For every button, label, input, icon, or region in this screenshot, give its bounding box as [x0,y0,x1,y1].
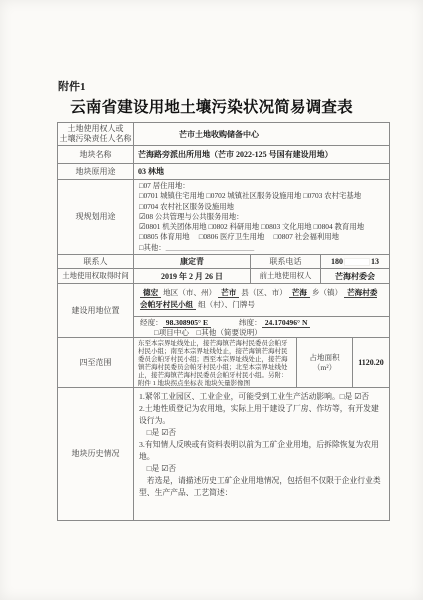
boundary-label-text: 四至范围 [80,358,112,368]
contact-label: 联系人 [58,255,134,269]
longitude-value: 98.308905° E [163,318,211,328]
prev-owner-label: 前土地使用权人 [251,269,321,284]
planned-use-line: □0704 农村社区服务设施用地 [139,202,384,212]
row-owner: 土地使用权人或 土壤污染责任人名称 芒市土地收购储备中心 [58,123,390,146]
area-label: 占地面积（m²） [303,353,346,372]
row-history: 地块历史情况 1.紧邻工业园区、工业企业，可能受到工业生产活动影响。□是 ☑否 … [58,388,390,521]
area-label-cell: 占地面积（m²） [297,338,353,388]
location-county: 芒市 [218,288,239,298]
planned-use-label: 现规划用途 [58,180,134,255]
location-region: 德宏 [140,288,161,298]
location-town-suffix: 乡（镇） [312,288,342,297]
location-county-suffix: 县（区、市） [241,288,287,297]
prev-owner-value-cell: 芒海村委会 [321,269,390,284]
history-content: 1.紧邻工业园区、工业企业，可能受到工业生产活动影响。□是 ☑否 2.土地性质登… [134,388,390,521]
location-label: 建设用地位置 [58,284,134,338]
planned-use-line: □07 居住用地： [139,181,384,191]
planned-use-options: □07 居住用地： □0701 城镇住宅用地 □0702 城镇社区服务设施用地 … [134,180,390,255]
owner-label-line1: 土地使用权人或 [68,124,124,134]
history-line: □是 ☑否 [139,463,384,475]
owner-label: 土地使用权人或 土壤污染责任人名称 [58,123,134,146]
longitude-label: 经度： [140,318,163,327]
area-value-cell: 1120.20 [353,338,390,388]
phone-suffix: 13 [371,257,379,266]
history-line: 1.紧邻工业园区、工业企业，可能受到工业生产活动影响。□是 ☑否 [139,391,384,403]
planned-use-line: □其他：＿＿＿＿＿＿＿＿＿＿＿＿ [139,243,384,253]
owner-value-cell: 芒市土地收购储备中心 [134,123,390,146]
phone-redaction [344,258,370,266]
original-use-label-text: 地块原用途 [76,167,116,177]
original-use-value-cell: 03 林地 [134,164,390,180]
row-original-use: 地块原用途 03 林地 [58,164,390,180]
location-detail-cell: 德宏 地区（市、州） 芒市 县（区、市） 芒海 乡（镇） 芒海村委会帕牙村民小组… [134,284,390,338]
owner-label-line2: 土壤污染责任人名称 [60,134,132,144]
survey-table: 土地使用权人或 土壤污染责任人名称 芒市土地收购储备中心 地块名称 芒海路旁派出… [57,122,390,521]
phone-prefix: 180 [331,257,343,266]
row-plot-name: 地块名称 芒海路旁派出所用地（芒市 2022-125 号国有建设用地） [58,146,390,164]
history-line: 若选是，请描述历史工矿企业用地情况，包括但不仅限于企业行业类型、生产产品、工艺简… [139,475,384,499]
acquisition-value-cell: 2019 年 2 月 26 日 [134,269,251,284]
history-line: 3.有知情人反映或有资料表明以前为工矿企业用地，后拆除恢复为农用地。 [139,439,384,463]
planned-use-line: □0805 体育用地 □0806 医疗卫生用地 □0807 社会福利用地 [139,232,384,242]
plot-name-label-text: 地块名称 [80,150,112,160]
boundary-text-cell: 东至本宗界址线处止，接芒海镇芒海村民委员会帕牙村民小组；南至本宗界址线处止，接芒… [134,338,297,388]
acquisition-label: 土地使用权取得时间 [58,269,134,284]
original-use-label: 地块原用途 [58,164,134,180]
attachment-label: 附件1 [58,78,86,94]
row-planned-use: 现规划用途 □07 居住用地： □0701 城镇住宅用地 □0702 城镇社区服… [58,180,390,255]
history-line: □是 ☑否 [139,427,384,439]
boundary-text: 东至本宗界址线处止，接芒海镇芒海村民委员会帕牙村民小组；南至本宗界址线处止，接芒… [138,340,288,387]
row-boundary: 四至范围 东至本宗界址线处止，接芒海镇芒海村民委员会帕牙村民小组；南至本宗界址线… [58,338,390,388]
plot-name-value: 芒海路旁派出所用地（芒市 2022-125 号国有建设用地） [138,149,333,160]
boundary-label: 四至范围 [58,338,134,388]
location-village-suffix: 组（村）、门牌号 [198,300,255,309]
row-contact: 联系人 康定青 联系电话 18013 [58,255,390,269]
history-label-text: 地块历史情况 [72,449,120,459]
prev-owner-label-text: 前土地使用权人 [260,271,312,280]
planned-use-line: ☑0801 机关团体用地 □0802 科研用地 □0803 文化用地 □0804… [139,222,384,232]
history-label: 地块历史情况 [58,388,134,521]
phone-value-cell: 18013 [321,255,390,269]
planned-use-label-text: 现规划用途 [76,212,116,222]
acquisition-value: 2019 年 2 月 26 日 [161,271,223,282]
contact-label-text: 联系人 [84,257,108,267]
history-line: 2.土地性质登记为农用地，实际上用于建设了厂房、作坊等，有开发建设行为。 [139,403,384,427]
location-coords-line: 经度：98.308905° E 纬度：24.170496° N □项目中心 □其… [134,317,390,337]
location-center-options: □项目中心 □其他（简要说明） [140,328,385,338]
scanned-document-page: 附件1 云南省建设用地土壤污染状况简易调查表 土地使用权人或 土壤污染责任人名称… [0,0,423,600]
location-region-suffix: 地区（市、州） [163,288,216,297]
location-detail: 德宏 地区（市、州） 芒市 县（区、市） 芒海 乡（镇） 芒海村委会帕牙村民小组… [134,284,390,337]
acquisition-label-text: 土地使用权取得时间 [62,271,129,280]
latitude-value: 24.170496° N [262,318,311,328]
contact-name-cell: 康定青 [134,255,251,269]
row-acquisition: 土地使用权取得时间 2019 年 2 月 26 日 前土地使用权人 芒海村委会 [58,269,390,284]
contact-name: 康定青 [180,256,204,267]
location-address-line: 德宏 地区（市、州） 芒市 县（区、市） 芒海 乡（镇） 芒海村委会帕牙村民小组… [134,284,390,317]
latitude-label: 纬度： [239,318,262,327]
plot-name-label: 地块名称 [58,146,134,164]
area-value: 1120.20 [358,358,384,367]
location-label-text: 建设用地位置 [72,306,120,316]
planned-use-line: ☑08 公共管理与公共服务用地： [139,212,384,222]
planned-use-line: □0701 城镇住宅用地 □0702 城镇社区服务设施用地 □0703 农村宅基… [139,191,384,201]
plot-name-value-cell: 芒海路旁派出所用地（芒市 2022-125 号国有建设用地） [134,146,390,164]
phone-label-text: 联系电话 [270,257,302,267]
location-town: 芒海 [289,288,310,298]
page-title: 云南省建设用地土壤污染状况简易调查表 [0,95,423,117]
row-location: 建设用地位置 德宏 地区（市、州） 芒市 县（区、市） 芒海 乡（镇） 芒海村委… [58,284,390,338]
original-use-value: 03 林地 [138,166,164,177]
owner-value: 芒市土地收购储备中心 [179,129,259,140]
phone-label: 联系电话 [251,255,321,269]
prev-owner-value: 芒海村委会 [335,271,375,282]
